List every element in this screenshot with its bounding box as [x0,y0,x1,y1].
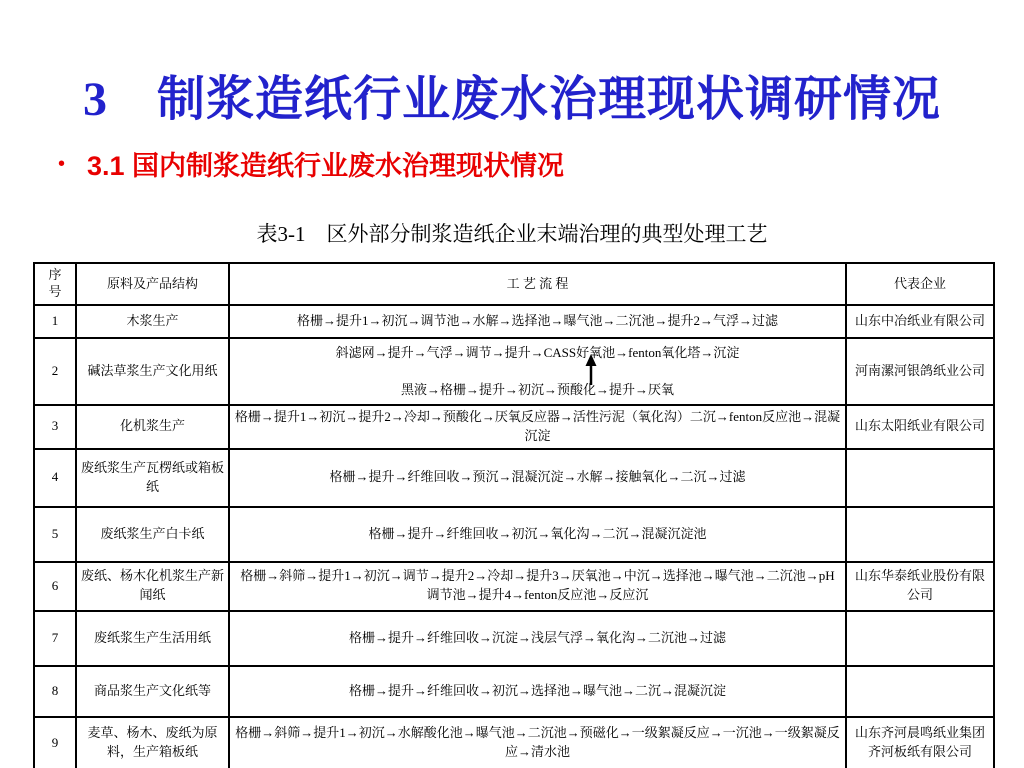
treatment-process-table: 序号 原料及产品结构 工 艺 流 程 代表企业 1 木浆生产 格栅→提升1→初沉… [33,262,995,768]
table-row: 1 木浆生产 格栅→提升1→初沉→调节池→水解→选择池→曝气池→二沉池→提升2→… [34,305,994,338]
row-no-cell: 3 [34,405,76,449]
table-row: 8 商品浆生产文化纸等 格栅→提升→纤维回收→初沉→选择池→曝气池→二沉→混凝沉… [34,666,994,717]
section-heading: 3.1 国内制浆造纸行业废水治理现状情况 [87,144,564,183]
bullet-icon: • [58,154,65,174]
company-cell [846,666,994,717]
table-row: 4 废纸浆生产瓦楞纸或箱板纸 格栅→提升→纤维回收→预沉→混凝沉淀→水解→接触氧… [34,449,994,507]
row-no-cell: 1 [34,305,76,338]
section-bullet-line: • 3.1 国内制浆造纸行业废水治理现状情况 [58,144,564,183]
process-line-1: 斜滤网→提升→气浮→调节→提升→CASS好氧池→fenton氧化塔→沉淀 [238,344,837,363]
company-cell [846,449,994,507]
process-cell: 格栅→提升→纤维回收→初沉→氧化沟→二沉→混凝沉淀池 [229,507,846,562]
row-no-cell: 9 [34,717,76,768]
process-cell: 格栅→斜筛→提升1→初沉→调节→提升2→冷却→提升3→厌氧池→中沉→选择池→曝气… [229,562,846,611]
material-cell: 化机浆生产 [76,405,229,449]
page-title: 3 制浆造纸行业废水治理现状调研情况 [0,60,1024,129]
process-cell: 格栅→斜筛→提升1→初沉→水解酸化池→曝气池→二沉池→预磁化→一级絮凝反应→一沉… [229,717,846,768]
table-caption: 表3-1 区外部分制浆造纸企业末端治理的典型处理工艺 [0,218,1024,248]
process-cell: 格栅→提升→纤维回收→沉淀→浅层气浮→氧化沟→二沉池→过滤 [229,611,846,666]
material-cell: 废纸浆生产瓦楞纸或箱板纸 [76,449,229,507]
row-no-cell: 4 [34,449,76,507]
material-cell: 碱法草浆生产文化用纸 [76,338,229,405]
material-cell: 废纸、杨木化机浆生产新闻纸 [76,562,229,611]
company-cell: 河南漯河银鸽纸业公司 [846,338,994,405]
process-cell: 格栅→提升1→初沉→提升2→冷却→预酸化→厌氧反应器→活性污泥（氧化沟）二沉→f… [229,405,846,449]
table-row: 2 碱法草浆生产文化用纸 斜滤网→提升→气浮→调节→提升→CASS好氧池→fen… [34,338,994,405]
company-cell: 山东中冶纸业有限公司 [846,305,994,338]
company-cell: 山东华泰纸业股份有限公司 [846,562,994,611]
material-cell: 木浆生产 [76,305,229,338]
process-cell: 格栅→提升1→初沉→调节池→水解→选择池→曝气池→二沉池→提升2→气浮→过滤 [229,305,846,338]
table-header-row: 序号 原料及产品结构 工 艺 流 程 代表企业 [34,263,994,305]
header-process: 工 艺 流 程 [229,263,846,305]
table-container: 序号 原料及产品结构 工 艺 流 程 代表企业 1 木浆生产 格栅→提升1→初沉… [33,262,993,768]
row-no-cell: 2 [34,338,76,405]
table-row: 9 麦草、杨木、废纸为原料，生产箱板纸 格栅→斜筛→提升1→初沉→水解酸化池→曝… [34,717,994,768]
table-row: 6 废纸、杨木化机浆生产新闻纸 格栅→斜筛→提升1→初沉→调节→提升2→冷却→提… [34,562,994,611]
table-row: 7 废纸浆生产生活用纸 格栅→提升→纤维回收→沉淀→浅层气浮→氧化沟→二沉池→过… [34,611,994,666]
slide: 3 制浆造纸行业废水治理现状调研情况 • 3.1 国内制浆造纸行业废水治理现状情… [0,0,1024,768]
process-line-2: 黑液→格栅→提升→初沉→预酸化→提升→厌氧 [238,381,837,400]
company-cell [846,507,994,562]
material-cell: 商品浆生产文化纸等 [76,666,229,717]
table-row: 3 化机浆生产 格栅→提升1→初沉→提升2→冷却→预酸化→厌氧反应器→活性污泥（… [34,405,994,449]
company-cell: 山东齐河晨鸣纸业集团齐河板纸有限公司 [846,717,994,768]
row-no-cell: 6 [34,562,76,611]
material-cell: 废纸浆生产生活用纸 [76,611,229,666]
up-arrow-icon [584,354,598,386]
row-no-cell: 8 [34,666,76,717]
process-cell: 斜滤网→提升→气浮→调节→提升→CASS好氧池→fenton氧化塔→沉淀 黑液→… [229,338,846,405]
header-no: 序号 [34,263,76,305]
row-no-cell: 7 [34,611,76,666]
table-row: 5 废纸浆生产白卡纸 格栅→提升→纤维回收→初沉→氧化沟→二沉→混凝沉淀池 [34,507,994,562]
row-no-cell: 5 [34,507,76,562]
company-cell [846,611,994,666]
header-material: 原料及产品结构 [76,263,229,305]
material-cell: 废纸浆生产白卡纸 [76,507,229,562]
company-cell: 山东太阳纸业有限公司 [846,405,994,449]
header-company: 代表企业 [846,263,994,305]
process-cell: 格栅→提升→纤维回收→初沉→选择池→曝气池→二沉→混凝沉淀 [229,666,846,717]
process-cell: 格栅→提升→纤维回收→预沉→混凝沉淀→水解→接触氧化→二沉→过滤 [229,449,846,507]
material-cell: 麦草、杨木、废纸为原料，生产箱板纸 [76,717,229,768]
